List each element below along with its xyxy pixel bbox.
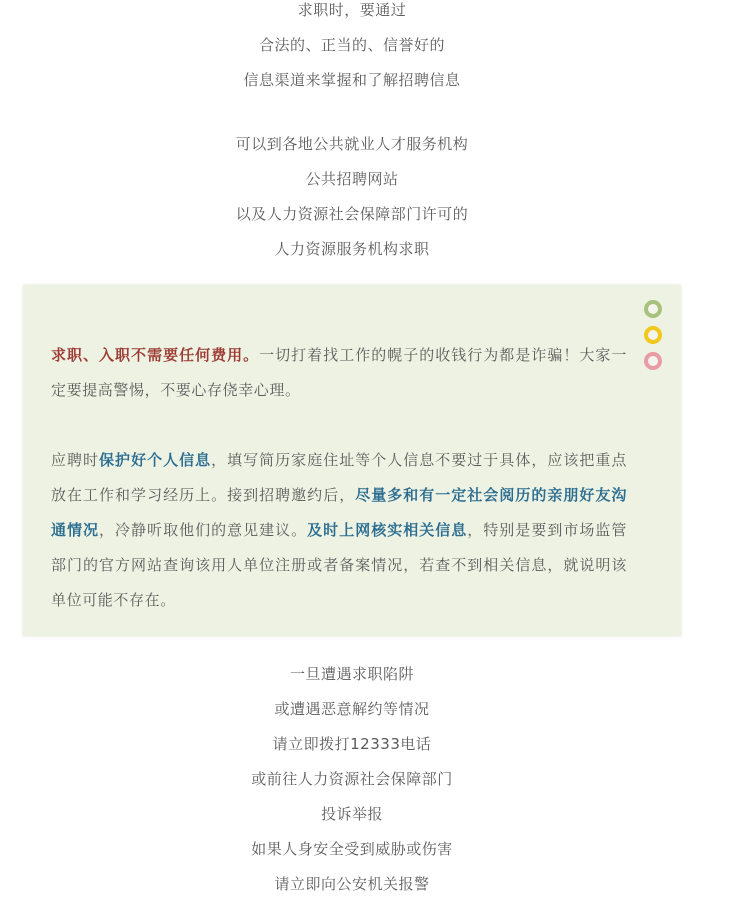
green-ring-icon <box>644 300 662 318</box>
tip-box: 求职、入职不需要任何费用。一切打着找工作的幌子的收钱行为都是诈骗！大家一定要提高… <box>23 285 681 636</box>
channels-line: 公共招聘网站 <box>0 169 704 204</box>
intro-line: 求职时，要通过 <box>0 0 704 35</box>
privacy-text: 应聘时 <box>51 451 99 469</box>
help-line: 一旦遭遇求职陷阱 <box>0 664 704 699</box>
privacy-text: ，冷静听取他们的意见建议。 <box>99 521 307 539</box>
channels-line: 以及人力资源社会保障部门许可的 <box>0 204 704 239</box>
help-section: 一旦遭遇求职陷阱 或遭遇恶意解约等情况 请立即拨打12333电话 或前往人力资源… <box>0 664 704 909</box>
pink-ring-icon <box>644 352 662 370</box>
no-fee-paragraph: 求职、入职不需要任何费用。一切打着找工作的幌子的收钱行为都是诈骗！大家一定要提高… <box>51 338 627 408</box>
help-line: 或遭遇恶意解约等情况 <box>0 699 704 734</box>
help-line: 或前往人力资源社会保障部门 <box>0 769 704 804</box>
yellow-ring-icon <box>644 326 662 344</box>
intro-section: 求职时，要通过 合法的、正当的、信誉好的 信息渠道来掌握和了解招聘信息 <box>0 0 704 105</box>
no-fee-highlight: 求职、入职不需要任何费用。 <box>51 346 259 364</box>
decorative-dots <box>644 300 662 378</box>
help-line: 请立即向公安机关报警 <box>0 874 704 909</box>
channels-section: 可以到各地公共就业人才服务机构 公共招聘网站 以及人力资源社会保障部门许可的 人… <box>0 134 704 274</box>
protect-info-highlight: 保护好个人信息 <box>99 451 211 469</box>
help-hotline-line: 请立即拨打12333电话 <box>0 734 704 769</box>
channels-line: 人力资源服务机构求职 <box>0 239 704 274</box>
intro-line: 信息渠道来掌握和了解招聘信息 <box>0 70 704 105</box>
help-line: 如果人身安全受到威胁或伤害 <box>0 839 704 874</box>
help-line: 投诉举报 <box>0 804 704 839</box>
privacy-paragraph: 应聘时保护好个人信息，填写简历家庭住址等个人信息不要过于具体，应该把重点放在工作… <box>51 443 627 618</box>
verify-online-highlight: 及时上网核实相关信息 <box>307 521 467 539</box>
intro-line: 合法的、正当的、信誉好的 <box>0 35 704 70</box>
channels-line: 可以到各地公共就业人才服务机构 <box>0 134 704 169</box>
